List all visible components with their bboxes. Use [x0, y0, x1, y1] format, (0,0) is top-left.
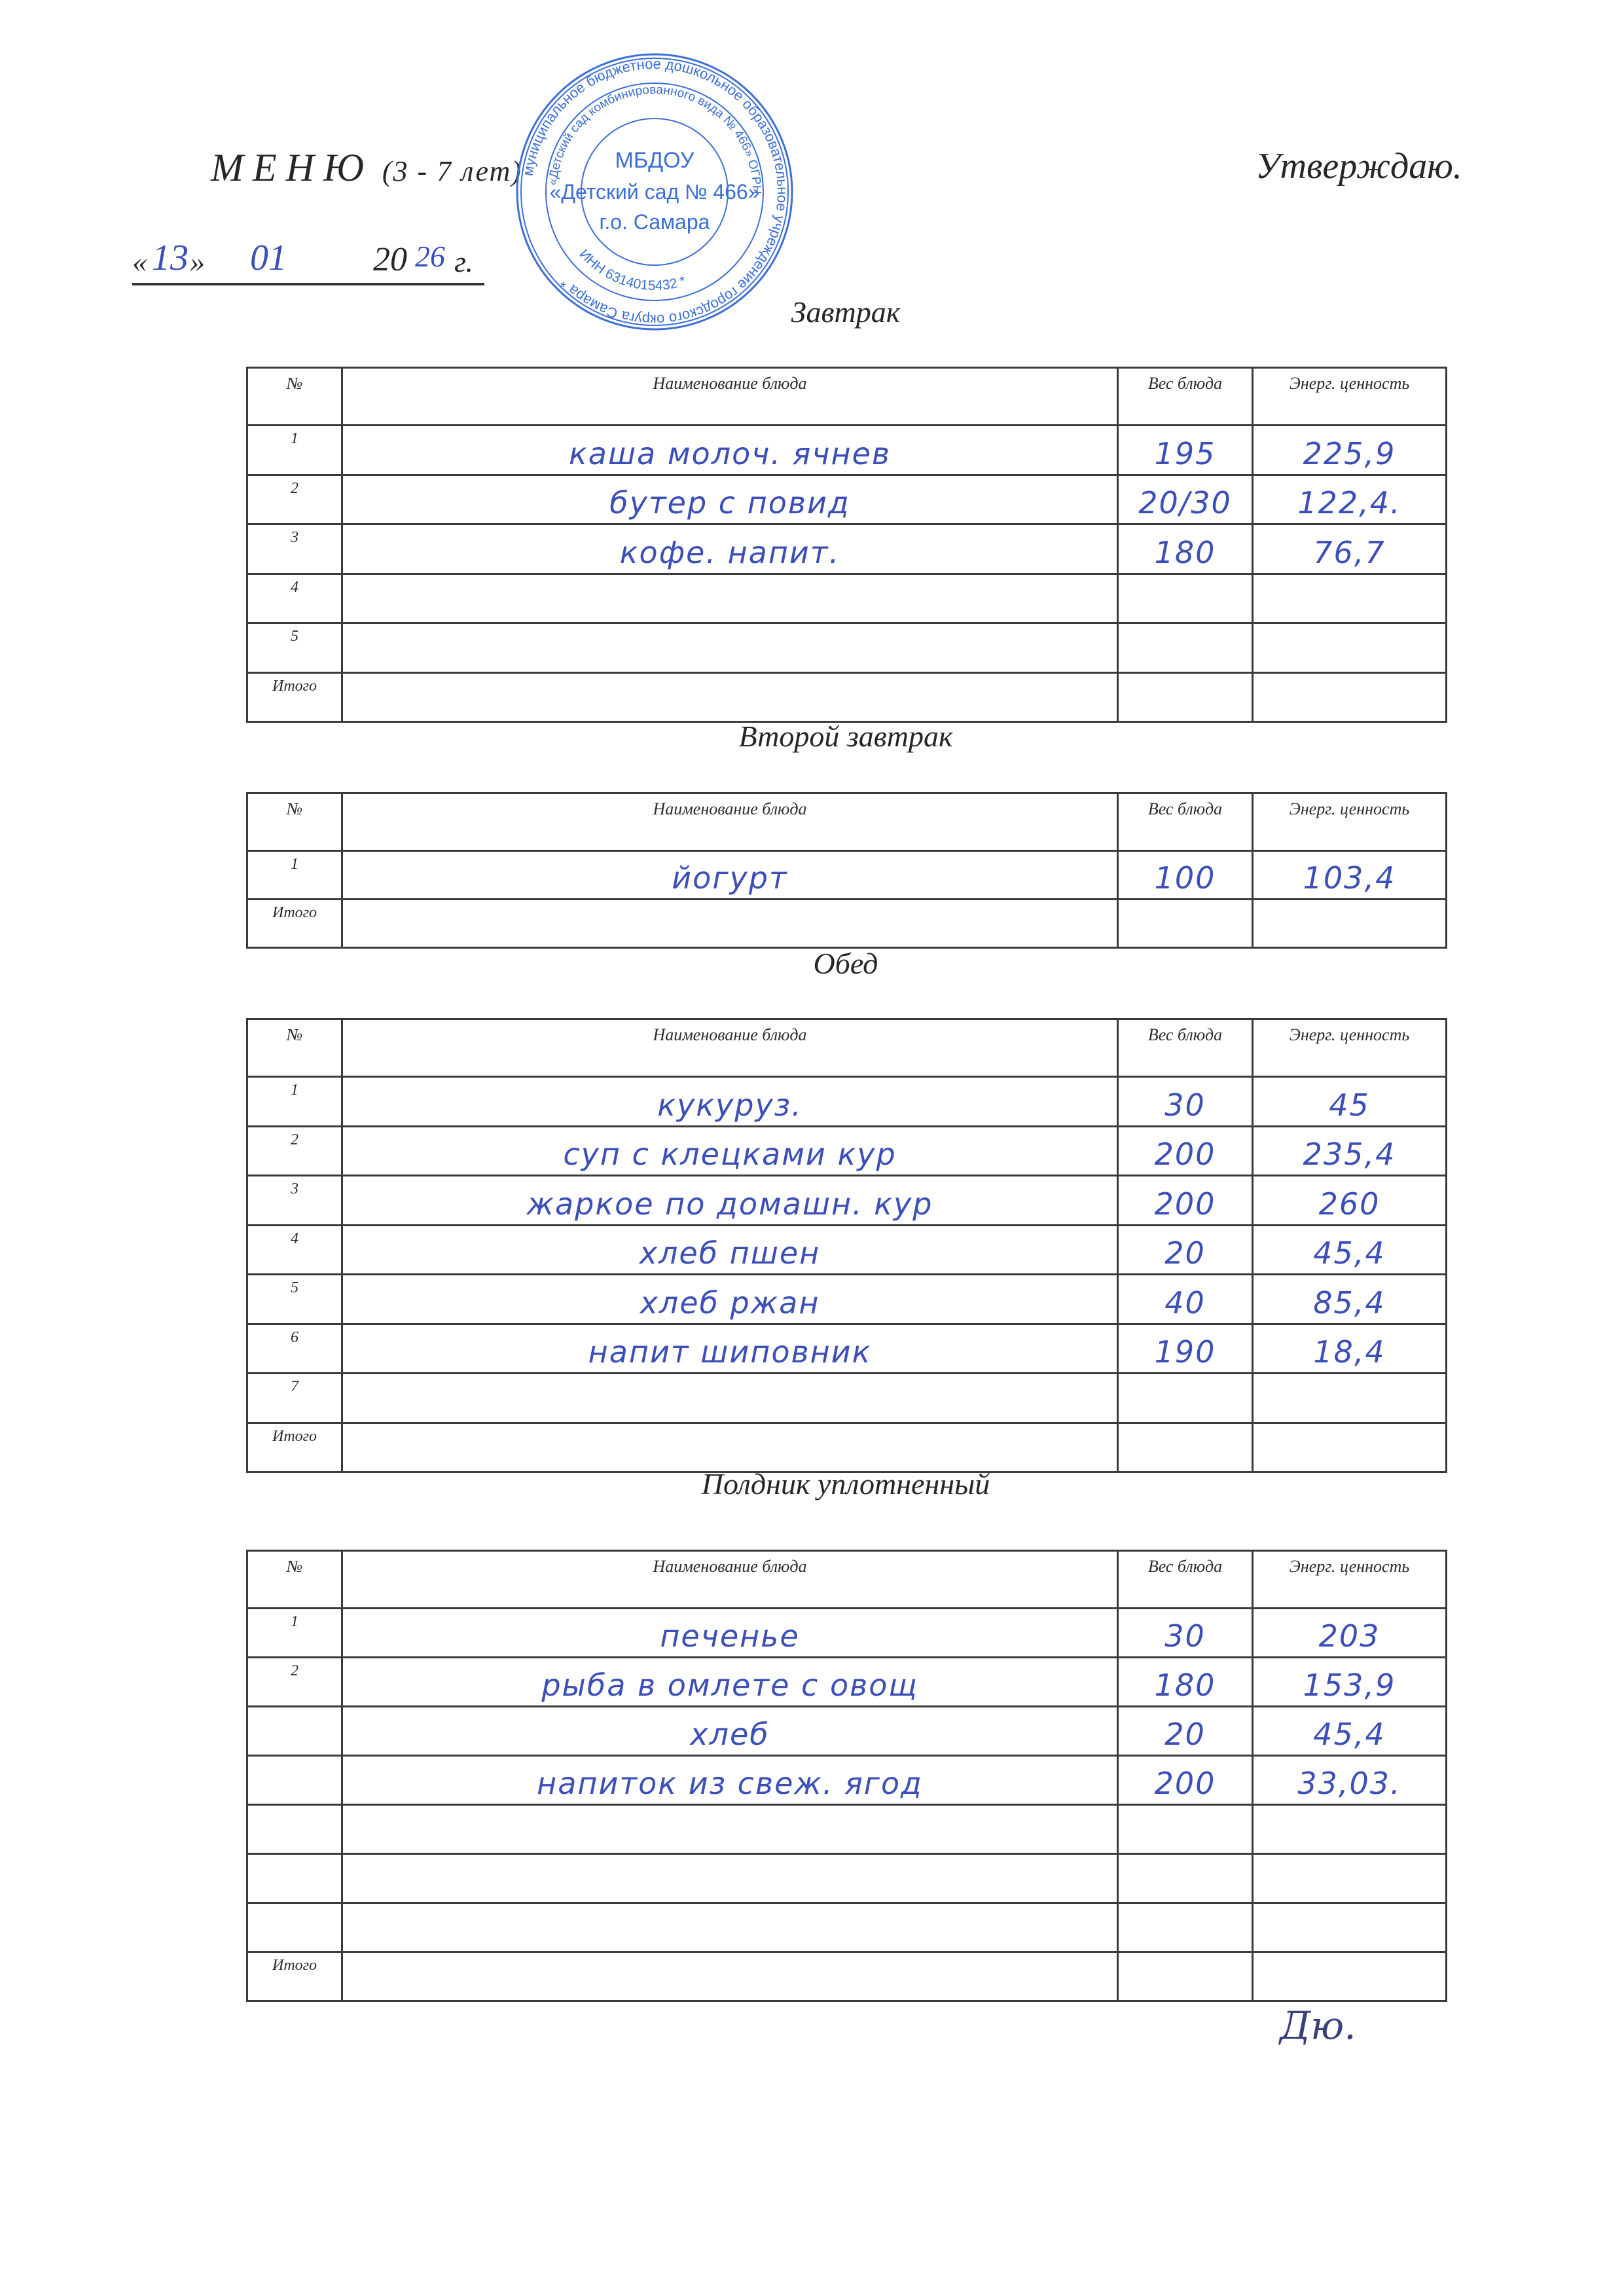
dish-cell — [342, 1854, 1118, 1903]
dish-weight: 20 — [1119, 1235, 1252, 1271]
weight-cell: 200 — [1118, 1756, 1253, 1805]
table-row: 4 хлеб пшен 20 45,4 — [247, 1225, 1447, 1275]
header-weight: Вес блюда — [1118, 368, 1253, 426]
row-number — [247, 1805, 342, 1854]
dish-cell: печенье — [342, 1609, 1118, 1658]
header-energy: Энерг. ценность — [1253, 368, 1447, 426]
institution-stamp: муниципальное бюджетное дошкольное образ… — [514, 51, 795, 333]
total-row: Итого — [247, 1952, 1447, 2001]
table-row: 1 каша молоч. ячнев 195 225,9 — [247, 426, 1447, 475]
dish-energy: 76,7 — [1254, 535, 1445, 570]
dish-weight: 195 — [1119, 436, 1252, 471]
table-row: хлеб 20 45,4 — [247, 1707, 1447, 1756]
header-weight: Вес блюда — [1118, 1551, 1253, 1609]
energy-cell: 103,4 — [1253, 851, 1447, 900]
table-header-row: № Наименование блюда Вес блюда Энерг. це… — [247, 368, 1447, 426]
approval-label: Утверждаю. — [1255, 145, 1462, 187]
section-title: Второй завтрак — [738, 719, 952, 754]
dish-energy: 225,9 — [1254, 436, 1445, 471]
dish-name: печенье — [343, 1618, 1117, 1654]
row-number: 1 — [247, 426, 342, 475]
total-label: Итого — [247, 1423, 342, 1472]
table-header-row: № Наименование блюда Вес блюда Энерг. це… — [247, 793, 1447, 851]
dish-weight: 30 — [1119, 1087, 1252, 1123]
row-number: 1 — [247, 1077, 342, 1127]
table-row: 2 бутер с повид 20/30 122,4. — [247, 475, 1447, 524]
header-energy: Энерг. ценность — [1253, 1551, 1447, 1609]
dish-name: йогурт — [343, 860, 1117, 896]
table-header-row: № Наименование блюда Вес блюда Энерг. це… — [247, 1551, 1447, 1609]
energy-cell — [1253, 1805, 1447, 1854]
energy-cell — [1253, 623, 1447, 673]
meal-table: № Наименование блюда Вес блюда Энерг. це… — [246, 1550, 1447, 2002]
dish-energy: 33,03. — [1254, 1766, 1445, 1801]
date-month: 01 — [250, 237, 287, 279]
total-energy-cell — [1253, 900, 1447, 948]
table-row: 2 рыба в омлете с овощ 180 153,9 — [247, 1658, 1447, 1707]
table-row: 7 — [247, 1374, 1447, 1423]
row-number: 1 — [247, 1609, 342, 1658]
date-open-quote: « — [132, 244, 147, 279]
dish-cell — [342, 1805, 1118, 1854]
row-number: 5 — [247, 1275, 342, 1324]
table-row: 6 напит шиповник 190 18,4 — [247, 1324, 1447, 1374]
row-number — [247, 1903, 342, 1952]
total-label: Итого — [247, 672, 342, 722]
date-close-quote: » — [190, 244, 205, 279]
total-dish-cell — [342, 1952, 1118, 2001]
dish-weight: 30 — [1119, 1618, 1252, 1654]
dish-energy: 260 — [1254, 1186, 1445, 1222]
table-row: 1 йогурт 100 103,4 — [247, 851, 1447, 900]
dish-energy: 85,4 — [1254, 1285, 1445, 1321]
dish-name: кукуруз. — [343, 1087, 1117, 1123]
weight-cell — [1118, 574, 1253, 623]
row-number: 2 — [247, 1126, 342, 1176]
dish-cell — [342, 1374, 1118, 1423]
row-number: 4 — [247, 1225, 342, 1275]
weight-cell — [1118, 1374, 1253, 1423]
date-year-suffix: 26 — [415, 239, 445, 274]
date-year-prefix: 20 — [373, 240, 407, 279]
header-weight: Вес блюда — [1118, 793, 1253, 851]
dish-cell: каша молоч. ячнев — [342, 426, 1118, 475]
dish-cell: рыба в омлете с овощ — [342, 1658, 1118, 1707]
total-label: Итого — [247, 1952, 342, 2001]
weight-cell: 200 — [1118, 1176, 1253, 1226]
meal-table: № Наименование блюда Вес блюда Энерг. це… — [246, 1018, 1447, 1473]
header-dish: Наименование блюда — [342, 1551, 1118, 1609]
dish-cell: бутер с повид — [342, 475, 1118, 524]
energy-cell: 122,4. — [1253, 475, 1447, 524]
section-title: Завтрак — [791, 295, 900, 329]
weight-cell — [1118, 623, 1253, 673]
energy-cell: 203 — [1253, 1609, 1447, 1658]
stamp-center-line-3: г.о. Самара — [600, 210, 710, 234]
dish-energy: 45,4 — [1254, 1717, 1445, 1752]
table-row — [247, 1854, 1447, 1903]
total-weight-cell — [1118, 1952, 1253, 2001]
header-dish: Наименование блюда — [342, 1019, 1118, 1077]
weight-cell — [1118, 1854, 1253, 1903]
total-label: Итого — [247, 900, 342, 948]
dish-name: бутер с повид — [343, 485, 1117, 520]
row-number: 2 — [247, 475, 342, 524]
section-title: Обед — [814, 946, 878, 981]
header-number: № — [247, 1019, 342, 1077]
energy-cell: 33,03. — [1253, 1756, 1447, 1805]
dish-cell: хлеб ржан — [342, 1275, 1118, 1324]
dish-weight: 190 — [1119, 1334, 1252, 1370]
energy-cell — [1253, 1903, 1447, 1952]
dish-weight: 100 — [1119, 860, 1252, 896]
row-number: 1 — [247, 851, 342, 900]
weight-cell: 30 — [1118, 1609, 1253, 1658]
dish-name: рыба в омлете с овощ — [343, 1667, 1117, 1703]
energy-cell: 45,4 — [1253, 1707, 1447, 1756]
row-number: 3 — [247, 524, 342, 574]
date-year-unit: г. — [454, 244, 473, 279]
dish-cell — [342, 623, 1118, 673]
dish-name: хлеб пшен — [343, 1235, 1117, 1271]
dish-name: жаркое по домашн. кур — [343, 1186, 1117, 1222]
row-number — [247, 1756, 342, 1805]
weight-cell: 180 — [1118, 1658, 1253, 1707]
header-weight: Вес блюда — [1118, 1019, 1253, 1077]
dish-energy: 203 — [1254, 1618, 1445, 1654]
energy-cell — [1253, 574, 1447, 623]
table-row: 3 жаркое по домашн. кур 200 260 — [247, 1176, 1447, 1226]
table-row: 5 — [247, 623, 1447, 673]
header-dish: Наименование блюда — [342, 793, 1118, 851]
dish-cell — [342, 1903, 1118, 1952]
weight-cell — [1118, 1805, 1253, 1854]
total-row: Итого — [247, 900, 1447, 948]
dish-cell: кукуруз. — [342, 1077, 1118, 1127]
energy-cell: 225,9 — [1253, 426, 1447, 475]
energy-cell: 18,4 — [1253, 1324, 1447, 1374]
dish-cell — [342, 574, 1118, 623]
total-dish-cell — [342, 1423, 1118, 1472]
meal-table: № Наименование блюда Вес блюда Энерг. це… — [246, 792, 1447, 949]
energy-cell: 76,7 — [1253, 524, 1447, 574]
dish-energy: 153,9 — [1254, 1667, 1445, 1703]
energy-cell — [1253, 1854, 1447, 1903]
total-weight-cell — [1118, 672, 1253, 722]
total-energy-cell — [1253, 672, 1447, 722]
weight-cell: 20/30 — [1118, 475, 1253, 524]
total-weight-cell — [1118, 900, 1253, 948]
table-header-row: № Наименование блюда Вес блюда Энерг. це… — [247, 1019, 1447, 1077]
dish-name: суп с клецками кур — [343, 1137, 1117, 1172]
table-row — [247, 1805, 1447, 1854]
total-row: Итого — [247, 1423, 1447, 1472]
energy-cell: 85,4 — [1253, 1275, 1447, 1324]
dish-cell: йогурт — [342, 851, 1118, 900]
row-number: 6 — [247, 1324, 342, 1374]
row-number: 5 — [247, 623, 342, 673]
row-number: 2 — [247, 1658, 342, 1707]
energy-cell: 45 — [1253, 1077, 1447, 1127]
dish-name: кофе. напит. — [343, 535, 1117, 570]
table-row: 1 кукуруз. 30 45 — [247, 1077, 1447, 1127]
dish-energy: 45 — [1254, 1087, 1445, 1123]
dish-weight: 20/30 — [1119, 485, 1252, 520]
dish-energy: 45,4 — [1254, 1235, 1445, 1271]
row-number — [247, 1707, 342, 1756]
row-number: 4 — [247, 574, 342, 623]
header-energy: Энерг. ценность — [1253, 793, 1447, 851]
energy-cell: 45,4 — [1253, 1225, 1447, 1275]
menu-date: « 13 » 01 20 26 г. — [132, 230, 484, 285]
energy-cell — [1253, 1374, 1447, 1423]
dish-cell: кофе. напит. — [342, 524, 1118, 574]
weight-cell: 20 — [1118, 1225, 1253, 1275]
dish-energy: 18,4 — [1254, 1334, 1445, 1370]
signature: Дю. — [1280, 2003, 1356, 2048]
stamp-inner-bottom-text: ИНН 6314015432 * — [577, 247, 688, 294]
total-energy-cell — [1253, 1423, 1447, 1472]
dish-energy: 103,4 — [1254, 860, 1445, 896]
row-number: 7 — [247, 1374, 342, 1423]
dish-weight: 40 — [1119, 1285, 1252, 1321]
dish-name: каша молоч. ячнев — [343, 436, 1117, 471]
energy-cell: 260 — [1253, 1176, 1447, 1226]
svg-text:ИНН 6314015432 *: ИНН 6314015432 * — [577, 247, 688, 294]
dish-cell: суп с клецками кур — [342, 1126, 1118, 1176]
weight-cell — [1118, 1903, 1253, 1952]
energy-cell: 235,4 — [1253, 1126, 1447, 1176]
date-day: 13 — [152, 237, 189, 279]
total-energy-cell — [1253, 1952, 1447, 2001]
menu-title: МЕНЮ(3 - 7 лет) — [211, 145, 522, 191]
dish-weight: 200 — [1119, 1137, 1252, 1172]
dish-weight: 200 — [1119, 1186, 1252, 1222]
row-number — [247, 1854, 342, 1903]
table-row: 2 суп с клецками кур 200 235,4 — [247, 1126, 1447, 1176]
dish-name: напиток из свеж. ягод — [343, 1766, 1117, 1801]
header-number: № — [247, 1551, 342, 1609]
header-number: № — [247, 793, 342, 851]
section-title: Полдник уплотненный — [702, 1467, 990, 1501]
dish-energy: 122,4. — [1254, 485, 1445, 520]
weight-cell: 30 — [1118, 1077, 1253, 1127]
dish-name: напит шиповник — [343, 1334, 1117, 1370]
dish-weight: 200 — [1119, 1766, 1252, 1801]
total-dish-cell — [342, 900, 1118, 948]
table-row: 4 — [247, 574, 1447, 623]
table-row: 1 печенье 30 203 — [247, 1609, 1447, 1658]
dish-cell: хлеб пшен — [342, 1225, 1118, 1275]
table-row — [247, 1903, 1447, 1952]
table-row: напиток из свеж. ягод 200 33,03. — [247, 1756, 1447, 1805]
header-energy: Энерг. ценность — [1253, 1019, 1447, 1077]
weight-cell: 180 — [1118, 524, 1253, 574]
weight-cell: 20 — [1118, 1707, 1253, 1756]
header-dish: Наименование блюда — [342, 368, 1118, 426]
weight-cell: 200 — [1118, 1126, 1253, 1176]
dish-cell: хлеб — [342, 1707, 1118, 1756]
energy-cell: 153,9 — [1253, 1658, 1447, 1707]
meal-table: № Наименование блюда Вес блюда Энерг. це… — [246, 367, 1447, 723]
header-number: № — [247, 368, 342, 426]
dish-weight: 180 — [1119, 535, 1252, 570]
total-weight-cell — [1118, 1423, 1253, 1472]
weight-cell: 40 — [1118, 1275, 1253, 1324]
dish-name: хлеб — [343, 1717, 1117, 1752]
dish-weight: 180 — [1119, 1667, 1252, 1703]
dish-weight: 20 — [1119, 1717, 1252, 1752]
menu-title-text: МЕНЮ — [211, 146, 373, 189]
row-number: 3 — [247, 1176, 342, 1226]
dish-cell: напит шиповник — [342, 1324, 1118, 1374]
age-group: (3 - 7 лет) — [382, 155, 522, 187]
weight-cell: 190 — [1118, 1324, 1253, 1374]
stamp-center-line-2: «Детский сад № 466» — [550, 180, 760, 204]
table-row: 5 хлеб ржан 40 85,4 — [247, 1275, 1447, 1324]
total-dish-cell — [342, 672, 1118, 722]
stamp-center-line-1: МБДОУ — [615, 148, 695, 173]
dish-cell: жаркое по домашн. кур — [342, 1176, 1118, 1226]
table-row: 3 кофе. напит. 180 76,7 — [247, 524, 1447, 574]
weight-cell: 195 — [1118, 426, 1253, 475]
dish-energy: 235,4 — [1254, 1137, 1445, 1172]
dish-cell: напиток из свеж. ягод — [342, 1756, 1118, 1805]
dish-name: хлеб ржан — [343, 1285, 1117, 1321]
total-row: Итого — [247, 672, 1447, 722]
weight-cell: 100 — [1118, 851, 1253, 900]
